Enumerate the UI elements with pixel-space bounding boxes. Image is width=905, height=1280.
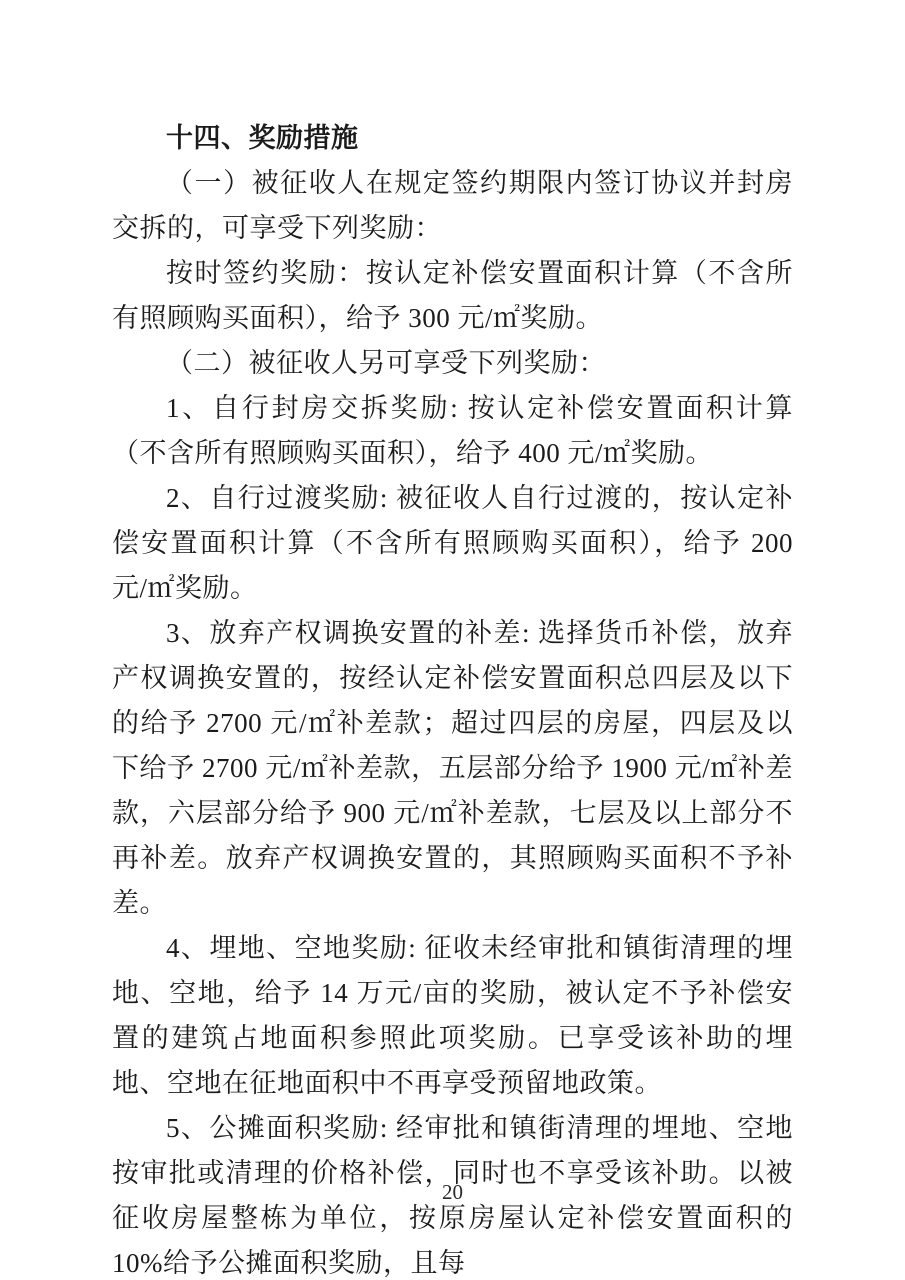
section-heading: 十四、奖励措施 [112,116,793,161]
paragraph-on-time-signing-reward: 按时签约奖励：按认定补偿安置面积计算（不含所有照顾购买面积），给予 300 元/… [112,251,793,341]
paragraph-self-transition-reward: 2、自行过渡奖励: 被征收人自行过渡的，按认定补偿安置面积计算（不含所有照顾购买… [112,476,793,611]
paragraph-land-vacant-lot-reward: 4、埋地、空地奖励: 征收未经审批和镇街清理的埋地、空地，给予 14 万元/亩的… [112,926,793,1106]
paragraph-item-1-intro: （一）被征收人在规定签约期限内签订协议并封房交拆的，可享受下列奖励： [112,161,793,251]
document-body: 十四、奖励措施 （一）被征收人在规定签约期限内签订协议并封房交拆的，可享受下列奖… [112,116,793,1280]
paragraph-self-sealing-reward: 1、自行封房交拆奖励: 按认定补偿安置面积计算（不含所有照顾购买面积），给予 4… [112,386,793,476]
paragraph-waive-property-exchange-subsidy: 3、放弃产权调换安置的补差: 选择货币补偿，放弃产权调换安置的，按经认定补偿安置… [112,611,793,926]
document-page: 十四、奖励措施 （一）被征收人在规定签约期限内签订协议并封房交拆的，可享受下列奖… [0,0,905,1280]
paragraph-item-2-intro: （二）被征收人另可享受下列奖励： [112,341,793,386]
page-number: 20 [0,1178,905,1206]
